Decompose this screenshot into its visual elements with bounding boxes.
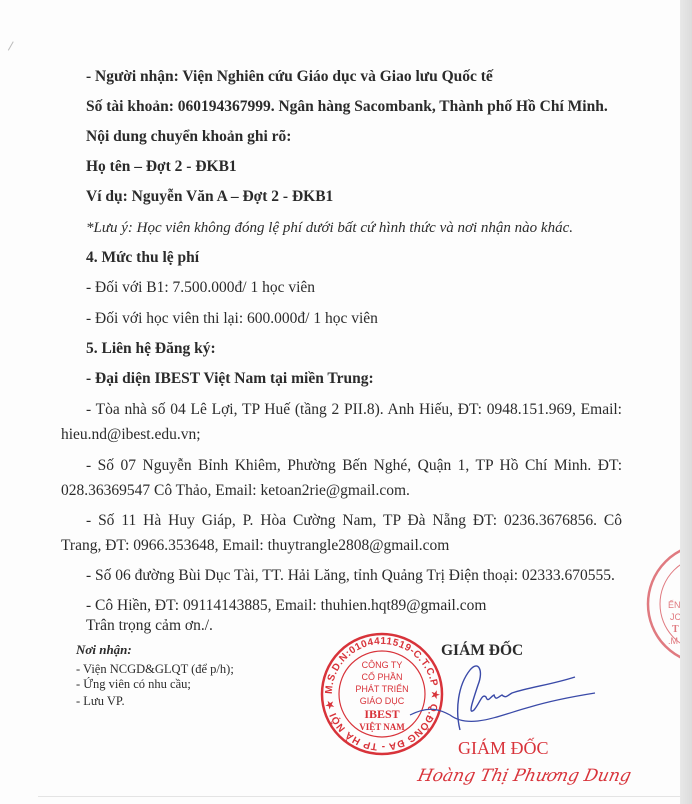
stamp-title: GIÁM ĐỐC xyxy=(458,738,549,759)
fees-heading: 4. Mức thu lệ phí xyxy=(86,248,199,268)
contact-entry-line: - Cô Hiền, ĐT: 09114143885, Email: thuhi… xyxy=(86,596,486,616)
fee-item: - Đối với B1: 7.500.000đ/ 1 học viên xyxy=(86,278,315,298)
payment-account: Số tài khoản: 060194367999. Ngân hàng Sa… xyxy=(86,97,608,117)
contact-entry-line: - Tòa nhà số 04 Lê Lợi, TP Huế (tầng 2 P… xyxy=(86,400,622,420)
document-page: - Người nhận: Viện Nghiên cứu Giáo dục v… xyxy=(0,0,680,800)
recipients-item: - Ứng viên có nhu cầu; xyxy=(76,677,191,692)
recipients-item: - Lưu VP. xyxy=(76,694,125,709)
signature-scribble xyxy=(400,655,600,745)
contact-entry-line: - Số 11 Hà Huy Giáp, P. Hòa Cường Nam, T… xyxy=(86,511,622,531)
contact-entry-line: 028.36369547 Cô Thảo, Email: ketoan2rie@… xyxy=(61,481,410,501)
director-name: Hoàng Thị Phương Dung xyxy=(416,766,633,786)
svg-text:ẾN: ẾN xyxy=(668,600,681,610)
fee-item: - Đối với học viên thi lại: 600.000đ/ 1 … xyxy=(86,309,378,329)
transfer-content-label: Nội dung chuyển khoản ghi rõ: xyxy=(86,127,291,147)
svg-text:CỔ PHẦN: CỔ PHẦN xyxy=(361,671,402,682)
svg-text:GIÁO DỤC: GIÁO DỤC xyxy=(360,696,405,706)
transfer-example: Ví dụ: Nguyễn Văn A – Đợt 2 - ĐKB1 xyxy=(86,187,333,207)
svg-text:.M: .M xyxy=(668,636,678,646)
payment-recipient: - Người nhận: Viện Nghiên cứu Giáo dục v… xyxy=(86,67,493,87)
contact-heading: 5. Liên hệ Đăng ký: xyxy=(86,339,216,359)
svg-text:T: T xyxy=(672,624,679,635)
svg-text:VIỆT NAM: VIỆT NAM xyxy=(359,722,405,732)
contact-entry-line: - Số 07 Nguyễn Bỉnh Khiêm, Phường Bến Ng… xyxy=(86,456,622,476)
svg-text:IBEST: IBEST xyxy=(364,707,399,721)
contact-entry-line: - Số 06 đường Bùi Dục Tài, TT. Hải Lăng,… xyxy=(86,566,615,586)
recipients-item: - Viện NCGD&GLQT (để p/h); xyxy=(76,662,234,677)
closing-text: Trân trọng cảm ơn./. xyxy=(86,616,213,636)
page-edge xyxy=(680,0,692,804)
svg-text:CÔNG TY: CÔNG TY xyxy=(362,660,403,670)
transfer-content-format: Họ tên – Đợt 2 - ĐKB1 xyxy=(86,157,237,177)
recipients-heading: Nơi nhận: xyxy=(76,642,132,657)
payment-note: *Lưu ý: Học viên không đóng lệ phí dưới … xyxy=(86,218,573,238)
scan-mark xyxy=(8,41,17,52)
contact-subheading: - Đại diện IBEST Việt Nam tại miền Trung… xyxy=(86,369,374,389)
contact-entry-line: hieu.nd@ibest.edu.vn; xyxy=(61,425,201,445)
contact-entry-line: Trang, ĐT: 0966.353648, Email: thuytrang… xyxy=(61,536,449,556)
bottom-divider xyxy=(38,796,680,797)
